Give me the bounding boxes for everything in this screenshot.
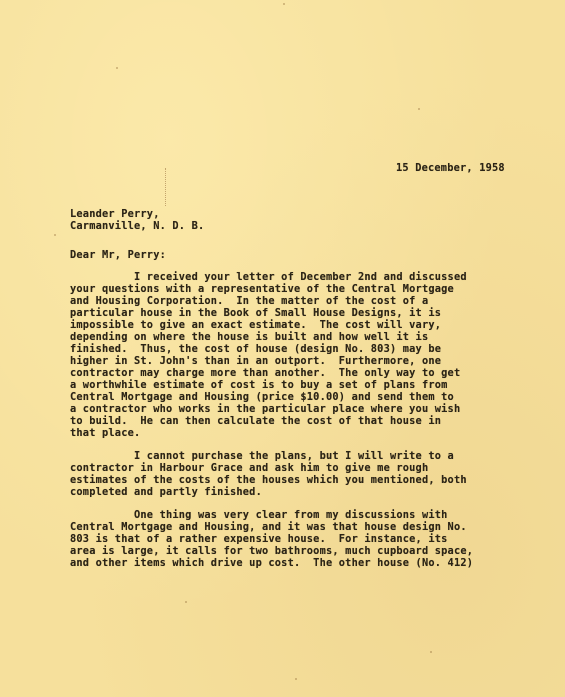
paragraph-line: contractor may charge more than another.… bbox=[70, 367, 460, 379]
paragraph-line: finished. Thus, the cost of house (desig… bbox=[70, 343, 441, 355]
paragraph-line: and Housing Corporation. In the matter o… bbox=[70, 295, 428, 307]
paper-fold-mark bbox=[165, 168, 167, 206]
paragraph-line: impossible to give an exact estimate. Th… bbox=[70, 319, 441, 331]
paragraph-line: 803 is that of a rather expensive house.… bbox=[70, 533, 448, 545]
paragraph-line: Central Mortgage and Housing, and it was… bbox=[70, 521, 467, 533]
paragraph-line: your questions with a representative of … bbox=[70, 283, 454, 295]
paper-speck bbox=[116, 67, 118, 69]
paragraph-line: One thing was very clear from my discuss… bbox=[70, 509, 448, 521]
paper-speck bbox=[418, 108, 420, 110]
paragraph-line: and other items which drive up cost. The… bbox=[70, 557, 473, 569]
paragraph-line: that place. bbox=[70, 427, 140, 439]
letter-date: 15 December, 1958 bbox=[396, 162, 505, 174]
paragraph-line: depending on where the house is built an… bbox=[70, 331, 428, 343]
paper-speck bbox=[283, 3, 285, 5]
salutation: Dear Mr, Perry: bbox=[70, 249, 166, 261]
paragraph-line: Central Mortgage and Housing (price $10.… bbox=[70, 391, 454, 403]
paper-speck bbox=[430, 651, 432, 653]
paper-speck bbox=[185, 601, 187, 603]
paragraph-line: contractor in Harbour Grace and ask him … bbox=[70, 462, 428, 474]
paragraph-line: estimates of the costs of the houses whi… bbox=[70, 474, 467, 486]
paragraph-line: particular house in the Book of Small Ho… bbox=[70, 307, 441, 319]
paragraph-line: a contractor who works in the particular… bbox=[70, 403, 460, 415]
recipient-name: Leander Perry, bbox=[70, 208, 160, 220]
paragraph-line: to build. He can then calculate the cost… bbox=[70, 415, 441, 427]
paragraph-line: area is large, it calls for two bathroom… bbox=[70, 545, 473, 557]
recipient-address: Carmanville, N. D. B. bbox=[70, 220, 204, 232]
paragraph-line: higher in St. John's than in an outport.… bbox=[70, 355, 441, 367]
paragraph-line: I received your letter of December 2nd a… bbox=[70, 271, 467, 283]
paragraph-line: a worthwhile estimate of cost is to buy … bbox=[70, 379, 448, 391]
paragraph-line: I cannot purchase the plans, but I will … bbox=[70, 450, 454, 462]
paper-speck bbox=[54, 234, 56, 236]
letter-page: 15 December, 1958 Leander Perry, Carmanv… bbox=[0, 0, 565, 697]
paper-speck bbox=[295, 678, 297, 680]
paragraph-line: completed and partly finished. bbox=[70, 486, 262, 498]
